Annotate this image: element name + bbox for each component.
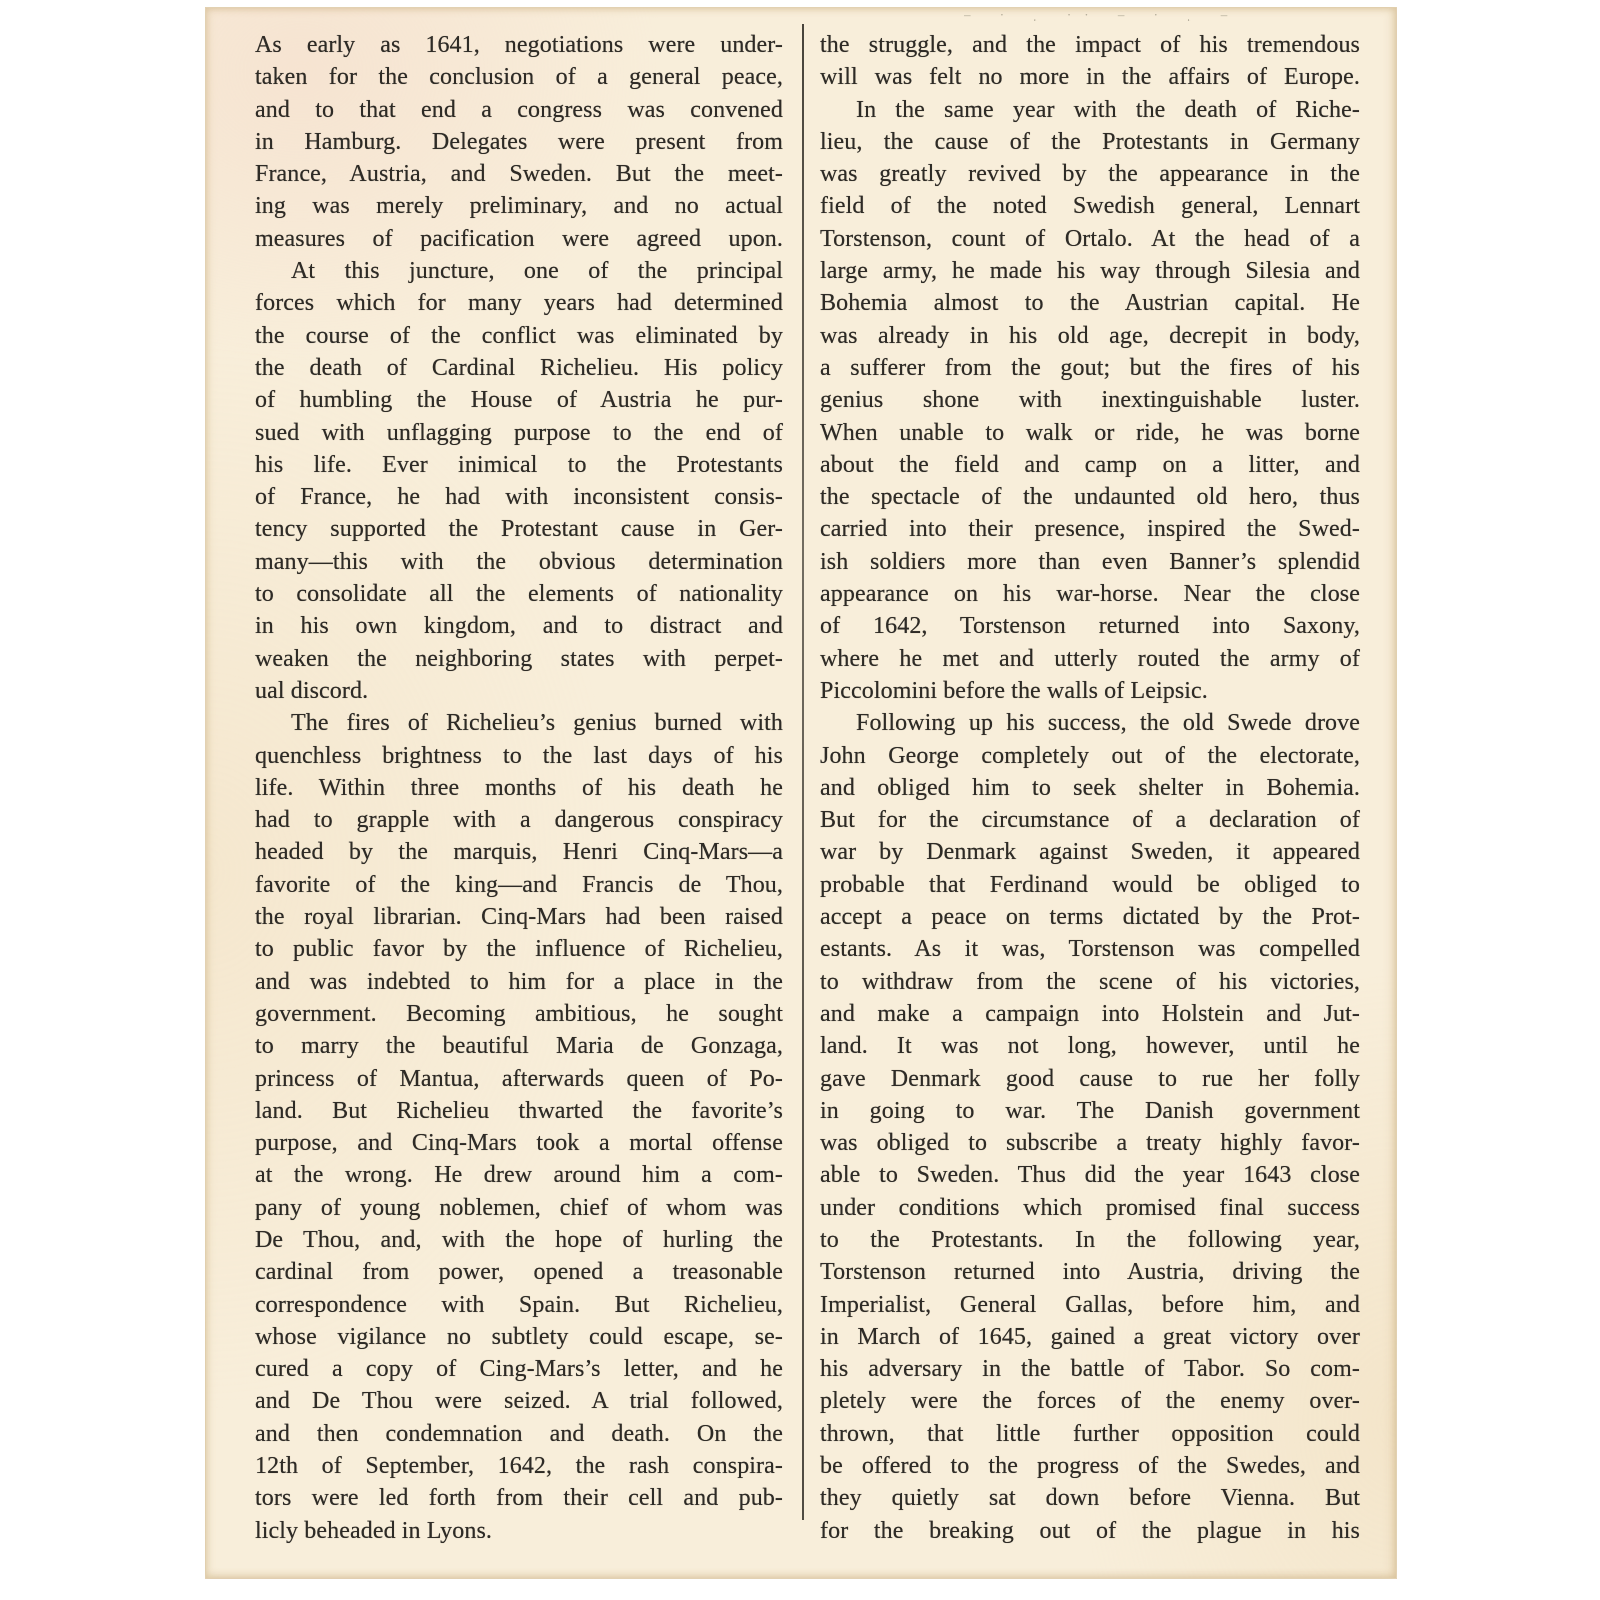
text-line: pletely were the forces of the enemy ove… [820, 1385, 1360, 1417]
text-line: pany of young noblemen, chief of whom wa… [255, 1192, 783, 1224]
text-line: the spectacle of the undaunted old hero,… [820, 481, 1360, 513]
text-line: where he met and utterly routed the army… [820, 643, 1360, 675]
text-line: many—this with the obvious determination [255, 546, 783, 578]
text-line: large army, he made his way through Sile… [820, 255, 1360, 287]
clipped-line-fragments: – · ˛ ·· – · ˛ – [964, 9, 1324, 21]
text-line: Torstenson returned into Austria, drivin… [820, 1256, 1360, 1288]
column-divider-rule [802, 24, 804, 1520]
text-line: of France, he had with inconsistent cons… [255, 481, 783, 513]
text-line: to the Protestants. In the following yea… [820, 1224, 1360, 1256]
text-line: ual discord. [255, 675, 783, 707]
text-line: probable that Ferdinand would be obliged… [820, 869, 1360, 901]
text-line: purpose, and Cinq-Mars took a mortal off… [255, 1127, 783, 1159]
text-line: to consolidate all the elements of natio… [255, 578, 783, 610]
text-line: for the breaking out of the plague in hi… [820, 1515, 1360, 1547]
text-line: Imperialist, General Gallas, before him,… [820, 1289, 1360, 1321]
text-line: measures of pacification were agreed upo… [255, 223, 783, 255]
text-line: the struggle, and the impact of his trem… [820, 29, 1360, 61]
text-line: in Hamburg. Delegates were present from [255, 126, 783, 158]
text-line: and to that end a congress was convened [255, 94, 783, 126]
text-line: Bohemia almost to the Austrian capital. … [820, 287, 1360, 319]
text-line: land. But Richelieu thwarted the favorit… [255, 1095, 783, 1127]
text-line: De Thou, and, with the hope of hurling t… [255, 1224, 783, 1256]
text-line: a sufferer from the gout; but the fires … [820, 352, 1360, 384]
text-line: favorite of the king—and Francis de Thou… [255, 869, 783, 901]
text-line: and De Thou were seized. A trial followe… [255, 1385, 783, 1417]
text-line: ing was merely preliminary, and no actua… [255, 190, 783, 222]
text-line: land. It was not long, however, until he [820, 1030, 1360, 1062]
text-line: tency supported the Protestant cause in … [255, 513, 783, 545]
text-line: they quietly sat down before Vienna. But [820, 1482, 1360, 1514]
text-line: of humbling the House of Austria he pur- [255, 384, 783, 416]
text-line: and make a campaign into Holstein and Ju… [820, 998, 1360, 1030]
right-text-column: the struggle, and the impact of his trem… [820, 29, 1360, 1547]
text-line: at the wrong. He drew around him a com- [255, 1159, 783, 1191]
text-line: genius shone with inextinguishable luste… [820, 384, 1360, 416]
text-line: under conditions which promised final su… [820, 1192, 1360, 1224]
text-line: The fires of Richelieu’s genius burned w… [255, 707, 783, 739]
text-line: But for the circumstance of a declaratio… [820, 804, 1360, 836]
text-line: France, Austria, and Sweden. But the mee… [255, 158, 783, 190]
text-line: war by Denmark against Sweden, it appear… [820, 836, 1360, 868]
text-line: to marry the beautiful Maria de Gonzaga, [255, 1030, 783, 1062]
text-line: in his own kingdom, and to distract and [255, 610, 783, 642]
text-line: Piccolomini before the walls of Leipsic. [820, 675, 1360, 707]
scanned-paper-page: – · ˛ ·· – · ˛ – As early as 1641, negot… [205, 7, 1397, 1579]
text-line: thrown, that little further opposition c… [820, 1418, 1360, 1450]
text-line: gave Denmark good cause to rue her folly [820, 1063, 1360, 1095]
text-line: At this juncture, one of the principal [255, 255, 783, 287]
text-line: lieu, the cause of the Protestants in Ge… [820, 126, 1360, 158]
text-line: John George completely out of the electo… [820, 740, 1360, 772]
text-line: tors were led forth from their cell and … [255, 1482, 783, 1514]
text-line: was greatly revived by the appearance in… [820, 158, 1360, 190]
text-line: princess of Mantua, afterwards queen of … [255, 1063, 783, 1095]
text-line: and obliged him to seek shelter in Bohem… [820, 772, 1360, 804]
text-line: the death of Cardinal Richelieu. His pol… [255, 352, 783, 384]
scanned-page-canvas: { "meta": { "kind": "scanned-book-page",… [0, 0, 1600, 1600]
text-line: As early as 1641, negotiations were unde… [255, 29, 783, 61]
text-line: able to Sweden. Thus did the year 1643 c… [820, 1159, 1360, 1191]
text-line: 12th of September, 1642, the rash conspi… [255, 1450, 783, 1482]
text-line: accept a peace on terms dictated by the … [820, 901, 1360, 933]
text-line: to withdraw from the scene of his victor… [820, 966, 1360, 998]
text-line: Torstenson, count of Ortalo. At the head… [820, 223, 1360, 255]
text-line: life. Within three months of his death h… [255, 772, 783, 804]
text-line: When unable to walk or ride, he was born… [820, 417, 1360, 449]
text-line: appearance on his war-horse. Near the cl… [820, 578, 1360, 610]
text-line: in March of 1645, gained a great victory… [820, 1321, 1360, 1353]
text-line: sued with unflagging purpose to the end … [255, 417, 783, 449]
text-line: government. Becoming ambitious, he sough… [255, 998, 783, 1030]
text-line: was already in his old age, decrepit in … [820, 320, 1360, 352]
text-line: taken for the conclusion of a general pe… [255, 61, 783, 93]
text-line: and then condemnation and death. On the [255, 1418, 783, 1450]
text-line: estants. As it was, Torstenson was compe… [820, 933, 1360, 965]
text-line: his adversary in the battle of Tabor. So… [820, 1353, 1360, 1385]
text-line: will was felt no more in the affairs of … [820, 61, 1360, 93]
text-line: be offered to the progress of the Swedes… [820, 1450, 1360, 1482]
text-line: the course of the conflict was eliminate… [255, 320, 783, 352]
text-line: whose vigilance no subtlety could escape… [255, 1321, 783, 1353]
text-line: about the field and camp on a litter, an… [820, 449, 1360, 481]
text-line: licly beheaded in Lyons. [255, 1515, 783, 1547]
text-line: his life. Ever inimical to the Protestan… [255, 449, 783, 481]
text-line: Following up his success, the old Swede … [820, 707, 1360, 739]
text-line: cured a copy of Cing-Mars’s letter, and … [255, 1353, 783, 1385]
text-line: to public favor by the influence of Rich… [255, 933, 783, 965]
text-line: forces which for many years had determin… [255, 287, 783, 319]
text-line: and was indebted to him for a place in t… [255, 966, 783, 998]
text-line: In the same year with the death of Riche… [820, 94, 1360, 126]
text-line: cardinal from power, opened a treasonabl… [255, 1256, 783, 1288]
left-text-column: As early as 1641, negotiations were unde… [255, 29, 783, 1547]
text-line: had to grapple with a dangerous conspira… [255, 804, 783, 836]
text-line: headed by the marquis, Henri Cinq-Mars—a [255, 836, 783, 868]
text-line: weaken the neighboring states with perpe… [255, 643, 783, 675]
text-line: was obliged to subscribe a treaty highly… [820, 1127, 1360, 1159]
text-line: in going to war. The Danish government [820, 1095, 1360, 1127]
text-line: carried into their presence, inspired th… [820, 513, 1360, 545]
text-line: of 1642, Torstenson returned into Saxony… [820, 610, 1360, 642]
text-line: field of the noted Swedish general, Lenn… [820, 190, 1360, 222]
text-line: quenchless brightness to the last days o… [255, 740, 783, 772]
text-line: correspondence with Spain. But Richelieu… [255, 1289, 783, 1321]
text-line: the royal librarian. Cinq-Mars had been … [255, 901, 783, 933]
text-line: ish soldiers more than even Banner’s spl… [820, 546, 1360, 578]
